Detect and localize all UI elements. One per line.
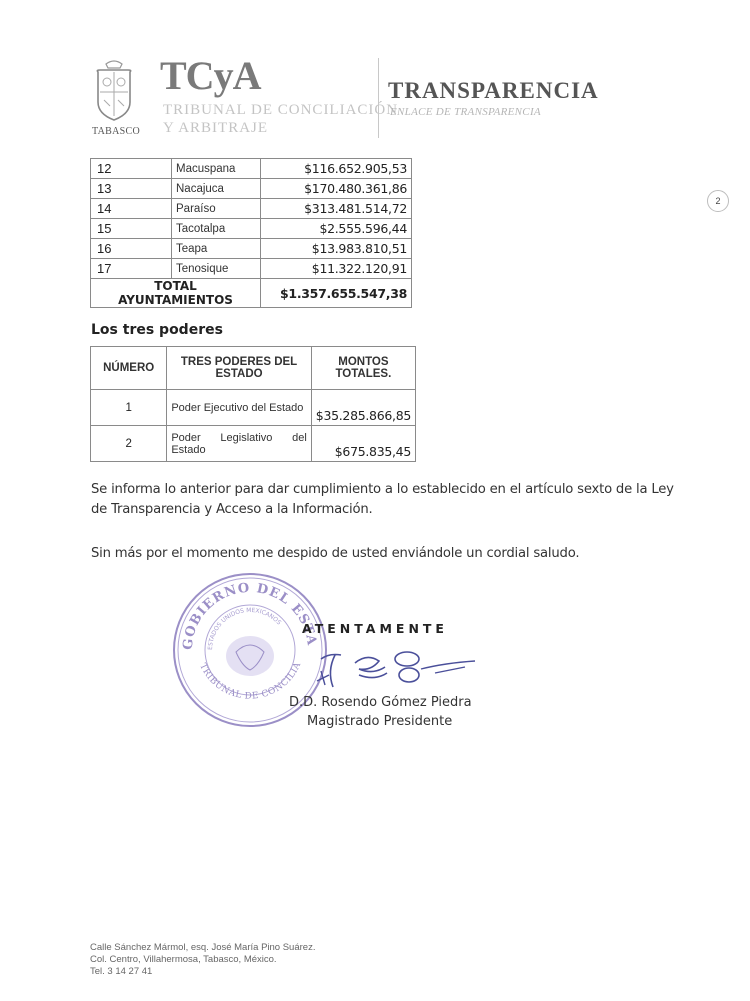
amount: $13.983.810,51	[261, 239, 412, 259]
header-divider	[378, 58, 379, 138]
signer-title: Magistrado Presidente	[307, 714, 452, 729]
row-number: 12	[91, 159, 172, 179]
amount: $35.285.866,85	[311, 390, 415, 426]
crest-label: TABASCO	[92, 126, 140, 137]
body-paragraph-2: Sin más por el momento me despido de ust…	[91, 544, 691, 564]
municipality-name: Nacajuca	[172, 179, 261, 199]
table-row: 17 Tenosique $11.322.120,91	[91, 259, 412, 279]
municipality-name: Macuspana	[172, 159, 261, 179]
header-title: TRANSPARENCIA	[388, 78, 599, 104]
amount: $116.652.905,53	[261, 159, 412, 179]
municipality-name: Tenosique	[172, 259, 261, 279]
column-header-number: NÚMERO	[91, 347, 167, 390]
handwritten-signature-icon	[315, 645, 485, 695]
poder-name: Poder Legislativo del Estado	[167, 426, 311, 462]
amount: $2.555.596,44	[261, 219, 412, 239]
row-number: 15	[91, 219, 172, 239]
footer-line-3: Tel. 3 14 27 41	[90, 966, 315, 978]
logo-subtitle-line1: TRIBUNAL DE CONCILIACIÓN	[163, 102, 398, 119]
poder-name: Poder Ejecutivo del Estado	[167, 390, 311, 426]
table-row: 16 Teapa $13.983.810,51	[91, 239, 412, 259]
table-header-row: NÚMERO TRES PODERES DEL ESTADO MONTOS TO…	[91, 347, 416, 390]
row-number: 13	[91, 179, 172, 199]
table-row: 1 Poder Ejecutivo del Estado $35.285.866…	[91, 390, 416, 426]
logo-subtitle-line2: Y ARBITRAJE	[163, 120, 268, 137]
amount: $313.481.514,72	[261, 199, 412, 219]
amount: $675.835,45	[311, 426, 415, 462]
table-row: 14 Paraíso $313.481.514,72	[91, 199, 412, 219]
municipality-name: Tacotalpa	[172, 219, 261, 239]
column-header-montos: MONTOS TOTALES.	[311, 347, 415, 390]
row-number: 14	[91, 199, 172, 219]
table-row: 12 Macuspana $116.652.905,53	[91, 159, 412, 179]
footer-address: Calle Sánchez Mármol, esq. José María Pi…	[90, 942, 315, 978]
footer-line-1: Calle Sánchez Mármol, esq. José María Pi…	[90, 942, 315, 954]
row-number: 1	[91, 390, 167, 426]
amount: $170.480.361,86	[261, 179, 412, 199]
municipality-name: Paraíso	[172, 199, 261, 219]
logo-acronym: TCyA	[160, 56, 260, 96]
ayuntamientos-table: 12 Macuspana $116.652.905,53 13 Nacajuca…	[90, 158, 412, 308]
signer-name: D.D. Rosendo Gómez Piedra	[289, 695, 472, 710]
closing-salutation: ATENTAMENTE	[302, 621, 448, 636]
page-number-badge: 2	[707, 190, 729, 212]
total-row: TOTAL AYUNTAMIENTOS $1.357.655.547,38	[91, 279, 412, 308]
column-header-poderes: TRES PODERES DEL ESTADO	[167, 347, 311, 390]
total-amount: $1.357.655.547,38	[261, 279, 412, 308]
table-row: 13 Nacajuca $170.480.361,86	[91, 179, 412, 199]
municipality-name: Teapa	[172, 239, 261, 259]
amount: $11.322.120,91	[261, 259, 412, 279]
body-paragraph-1: Se informa lo anterior para dar cumplimi…	[91, 480, 691, 520]
tabasco-crest-icon	[92, 58, 136, 122]
poderes-table: NÚMERO TRES PODERES DEL ESTADO MONTOS TO…	[90, 346, 416, 462]
section-heading: Los tres poderes	[91, 322, 223, 338]
row-number: 2	[91, 426, 167, 462]
footer-line-2: Col. Centro, Villahermosa, Tabasco, Méxi…	[90, 954, 315, 966]
row-number: 17	[91, 259, 172, 279]
table-row: 15 Tacotalpa $2.555.596,44	[91, 219, 412, 239]
table-row: 2 Poder Legislativo del Estado $675.835,…	[91, 426, 416, 462]
total-label: TOTAL AYUNTAMIENTOS	[91, 279, 261, 308]
row-number: 16	[91, 239, 172, 259]
header-subtitle: ENLACE DE TRANSPARENCIA	[390, 106, 541, 118]
